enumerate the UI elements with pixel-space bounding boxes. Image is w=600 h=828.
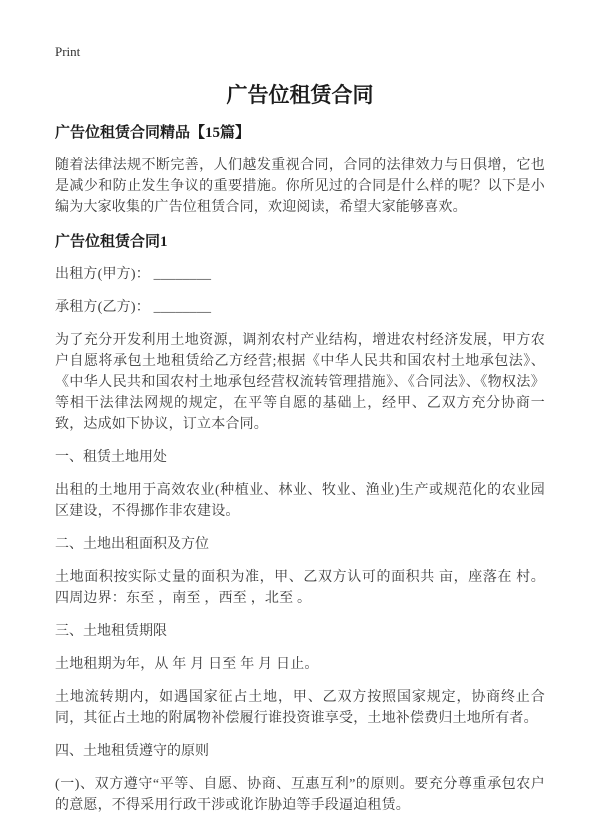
page-title: 广告位租赁合同 [55, 82, 545, 109]
contract-1-heading: 广告位租赁合同1 [55, 232, 545, 252]
print-button[interactable]: Print [55, 44, 545, 60]
section-4-paragraph: (一)、双方遵守“平等、自愿、协商、互惠互利”的原则。要充分尊重承包农户的意愿，… [55, 774, 545, 816]
lessee-party-line: 承租方(乙方)： ________ [55, 297, 545, 318]
section-3-paragraph-1: 土地租期为年，从 年 月 日至 年 月 日止。 [55, 654, 545, 675]
section-1-paragraph: 出租的土地用于高效农业(种植业、林业、牧业、渔业)生产或规范化的农业园区建设，不… [55, 480, 545, 522]
section-3-paragraph-2: 土地流转期内，如遇国家征占土地，甲、乙双方按照国家规定，协商终止合同，其征占土地… [55, 687, 545, 729]
section-2-heading: 二、土地出租面积及方位 [55, 534, 545, 555]
section-1-heading: 一、租赁土地用处 [55, 447, 545, 468]
section-4-heading: 四、土地租赁遵守的原则 [55, 741, 545, 762]
section-3-heading: 三、土地租赁期限 [55, 621, 545, 642]
section-2-paragraph: 土地面积按实际丈量的面积为准，甲、乙双方认可的面积共 亩，座落在 村。四周边界：… [55, 567, 545, 609]
document-page: Print 广告位租赁合同 广告位租赁合同精品【15篇】 随着法律法规不断完善，… [0, 0, 600, 816]
doc-subtitle: 广告位租赁合同精品【15篇】 [55, 123, 545, 143]
preamble-paragraph: 为了充分开发利用土地资源，调剂农村产业结构，增进农村经济发展，甲方农户自愿将承包… [55, 330, 545, 435]
intro-paragraph: 随着法律法规不断完善，人们越发重视合同，合同的法律效力与日俱增，它也是减少和防止… [55, 155, 545, 218]
lessor-party-line: 出租方(甲方)： ________ [55, 264, 545, 285]
